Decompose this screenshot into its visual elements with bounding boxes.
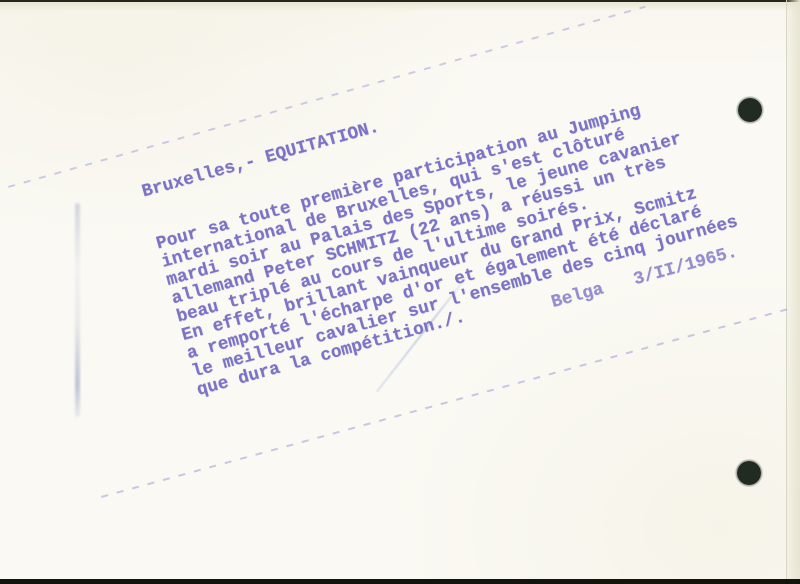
top-edge-line (0, 0, 800, 2)
scanned-press-telegram: Bruxelles,- EQUITATION. Pour sa toute pr… (0, 0, 800, 584)
telegram-text-block: Bruxelles,- EQUITATION. Pour sa toute pr… (140, 13, 800, 410)
punch-hole-top (738, 98, 762, 122)
bottom-edge-line (0, 579, 800, 584)
top-edge-cream-strip (0, 2, 800, 11)
fold-smudge-line (75, 203, 80, 417)
punch-hole-bottom (737, 461, 761, 485)
right-edge-strip (786, 0, 800, 584)
